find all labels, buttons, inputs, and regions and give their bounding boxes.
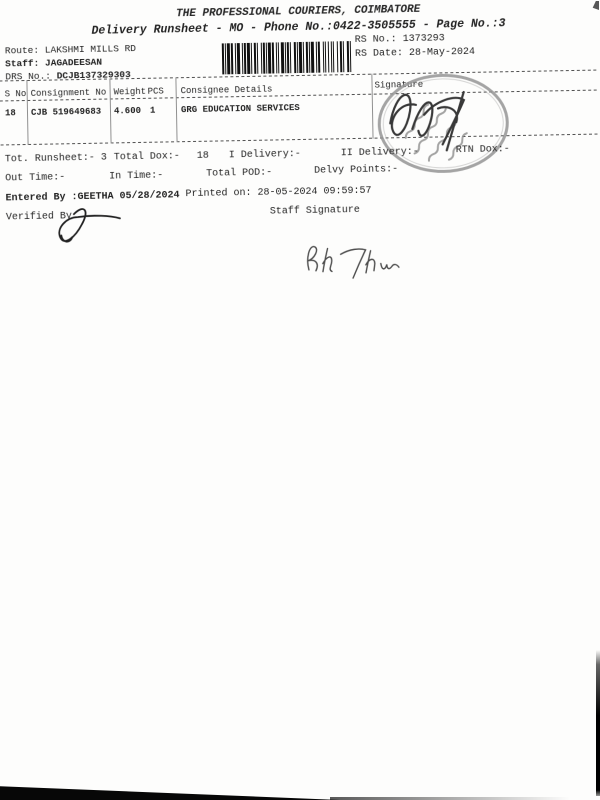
- ii-delivery: II Delivery:-: [341, 147, 419, 159]
- route-value: LAKSHMI MILLS RD: [45, 43, 136, 56]
- scan-bottom-edge-shadow: [0, 784, 340, 800]
- rs-date-value: 28-May-2024: [409, 47, 475, 59]
- col-header-sno: S No: [5, 90, 27, 100]
- cell-consignee: GRG EDUCATION SERVICES: [181, 104, 300, 116]
- rs-date-label: RS Date:: [355, 48, 403, 60]
- i-delivery: I Delivery:-: [229, 149, 301, 161]
- staff-label: Staff:: [5, 58, 39, 70]
- table-col-divider: [26, 80, 28, 145]
- col-header-pcs: PCS: [148, 87, 164, 97]
- scan-right-edge-shadow: [596, 650, 600, 796]
- col-header-consignment: Consignment No: [31, 89, 107, 100]
- table-col-divider: [175, 77, 177, 142]
- total-dox-label: Total Dox:-: [114, 151, 180, 163]
- col-header-consignee: Consignee Details: [181, 86, 273, 98]
- staff-value: JAGADEESAN: [45, 57, 102, 69]
- cell-pcs: 1: [150, 107, 156, 117]
- cell-sno: 18: [5, 109, 16, 119]
- staff-signature-label: Staff Signature: [270, 205, 360, 218]
- delvy-points: Delvy Points:-: [314, 164, 398, 177]
- col-header-weight: Weight: [114, 88, 147, 98]
- rs-date-field: RS Date: 28-May-2024: [355, 47, 475, 60]
- rs-no-value: 1373293: [403, 33, 445, 45]
- out-time: Out Time:-: [5, 172, 65, 184]
- barcode: [222, 41, 353, 74]
- route-field: Route: LAKSHMI MILLS RD: [5, 44, 136, 57]
- route-label: Route:: [5, 45, 39, 57]
- rubber-stamp: [371, 69, 515, 180]
- staff-signature: [300, 236, 416, 280]
- table-col-divider: [109, 78, 111, 143]
- total-dox-value: 18: [197, 151, 209, 162]
- staff-field: Staff: JAGADEESAN: [5, 58, 102, 70]
- recipient-signature: [390, 92, 465, 151]
- tot-runsheet: Tot. Runsheet:- 3: [5, 153, 107, 166]
- rtn-dox: RTN Dox:-: [456, 144, 510, 156]
- in-time: In Time:-: [109, 171, 163, 183]
- scanned-page: THE PROFESSIONAL COURIERS, COIMBATORE De…: [0, 0, 600, 800]
- document-content: THE PROFESSIONAL COURIERS, COIMBATORE De…: [0, 0, 600, 325]
- cell-consignment: CJB 519649683: [31, 108, 101, 119]
- verified-by-signature: [44, 201, 125, 250]
- rs-no-field: RS No.: 1373293: [355, 33, 445, 46]
- total-pod: Total POD:-: [206, 168, 272, 180]
- printed-on: Printed on: 28-05-2024 09:59:57: [185, 186, 371, 200]
- rs-no-label: RS No.:: [355, 34, 397, 46]
- cell-weight: 4.600: [114, 107, 141, 117]
